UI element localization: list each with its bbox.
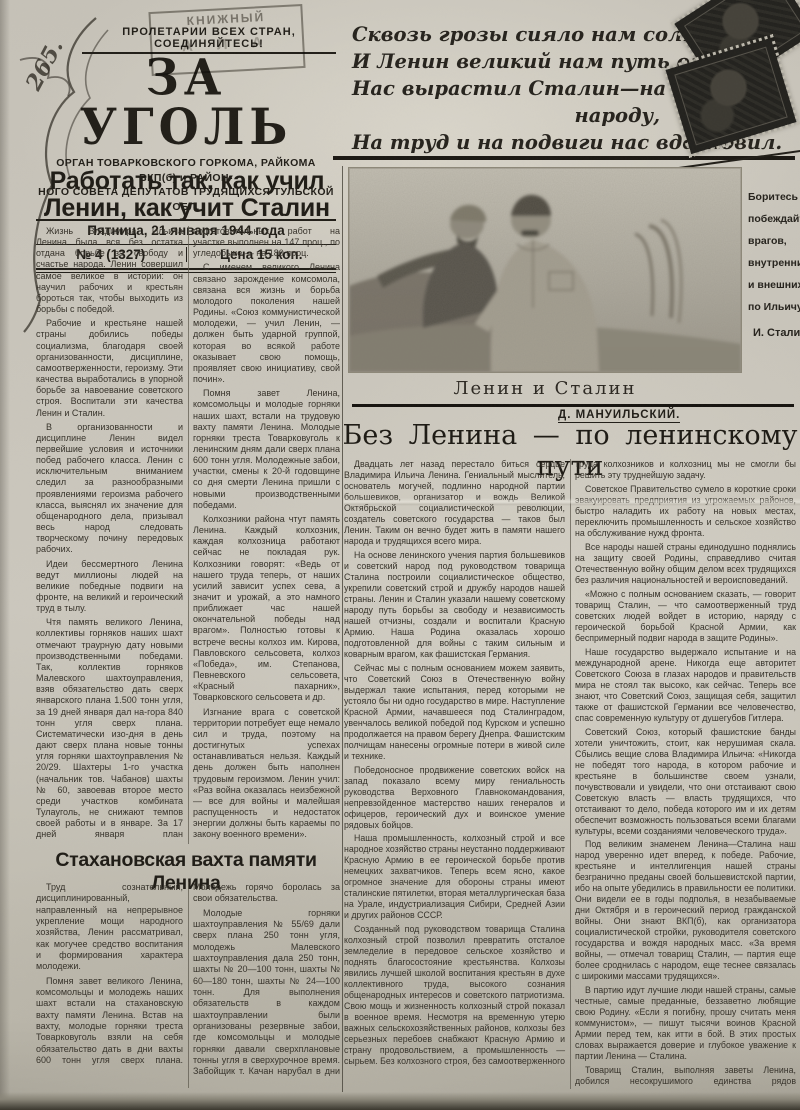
paragraph: На основе ленинского учения партия больш…: [344, 550, 565, 660]
paragraph: Под великим знаменем Ленина—Сталина наш …: [575, 839, 796, 982]
lead-article-headline: Работать так, как учил Ленин, как учит С…: [34, 168, 340, 222]
paragraph: Наша промышленность, колхозный строй и в…: [344, 833, 565, 921]
quote-attribution: И. Сталин.: [748, 322, 800, 344]
paragraph: и внешних,—: [748, 274, 800, 296]
paragraph: побеждайте: [748, 208, 800, 230]
paragraph: Молодые горняки шахтоуправления № 55/69 …: [193, 882, 340, 1088]
paragraph: Все народы нашей страны единодушно подня…: [575, 542, 796, 586]
paragraph: по Ильичу.: [748, 296, 800, 318]
column-divider: [342, 166, 343, 1092]
paragraph: С именем великого Ленина связано зарожде…: [193, 262, 340, 385]
paragraph: Советский Союз, который фашистские банды…: [575, 727, 796, 837]
library-stamp-ghost-text: А Л А: [182, 34, 273, 56]
paper-crease: [344, 498, 800, 506]
paragraph: Победоносное продвижение советских войск…: [344, 765, 565, 831]
paper-sheet: 265. ПРОЛЕТАРИИ ВСЕХ СТРАН, СОЕДИНЯЙТЕСЬ…: [0, 0, 800, 1110]
paragraph: Боритесь и: [748, 186, 800, 208]
paragraph: Помня завет Ленина, комсомольцы и молоды…: [193, 388, 340, 511]
paragraph: Колхозники района чтут память Ленина. Ка…: [193, 514, 340, 704]
headline-line-2: Ленин, как учит Сталин: [34, 195, 340, 222]
paragraph: «Можно с полным основанием сказать, — го…: [575, 589, 796, 644]
paragraph: Труд сознательный, дисциплинированный, н…: [36, 882, 183, 973]
headline-line-1: Работать так, как учил: [34, 168, 340, 195]
quote-lines: Боритесь ипобеждайтеврагов,внутреннихи в…: [748, 186, 800, 318]
photo-caption: Ленин и Сталин: [348, 378, 742, 399]
thick-rule: [352, 404, 794, 407]
paragraph: Наше государство выдержало испытание и н…: [575, 647, 796, 724]
paragraph: Изгнание врага с советской территории по…: [193, 707, 340, 841]
lenin-stalin-photo: [348, 167, 742, 373]
paragraph: Идеи бессмертного Ленина ведут миллионы …: [36, 559, 183, 615]
scan-edge-left: [0, 0, 10, 1110]
library-stamp: КНИЖНЫЙ А Л А: [148, 4, 305, 76]
lead-article-body: Жизнь Владимира Ильича Ленина была вся б…: [36, 226, 340, 844]
paragraph: Советское Правительство сумело в коротки…: [575, 484, 796, 539]
paragraph: врагов,: [748, 230, 800, 252]
paragraph: Жизнь Владимира Ильича Ленина была вся б…: [36, 226, 183, 315]
paragraph: В организованности и дисциплине Ленин ви…: [36, 422, 183, 556]
main-article-body: Двадцать лет назад перестало биться серд…: [344, 459, 796, 1089]
library-stamp-text: КНИЖНЫЙ: [186, 10, 265, 28]
paragraph: В партию идут лучшие люди нашей страны, …: [575, 985, 796, 1062]
paragraph: Сейчас мы с полным основанием можем заяв…: [344, 663, 565, 762]
stalin-quote: Боритесь ипобеждайтеврагов,внутреннихи в…: [748, 186, 800, 344]
newspaper-page: 265. ПРОЛЕТАРИИ ВСЕХ СТРАН, СОЕДИНЯЙТЕСЬ…: [0, 0, 800, 1110]
scan-edge-bottom: [0, 1092, 800, 1110]
stakhanov-body: Труд сознательный, дисциплинированный, н…: [36, 882, 340, 1088]
paragraph: внутренних: [748, 252, 800, 274]
paragraph: Рабочие и крестьяне нашей страны добилис…: [36, 318, 183, 418]
